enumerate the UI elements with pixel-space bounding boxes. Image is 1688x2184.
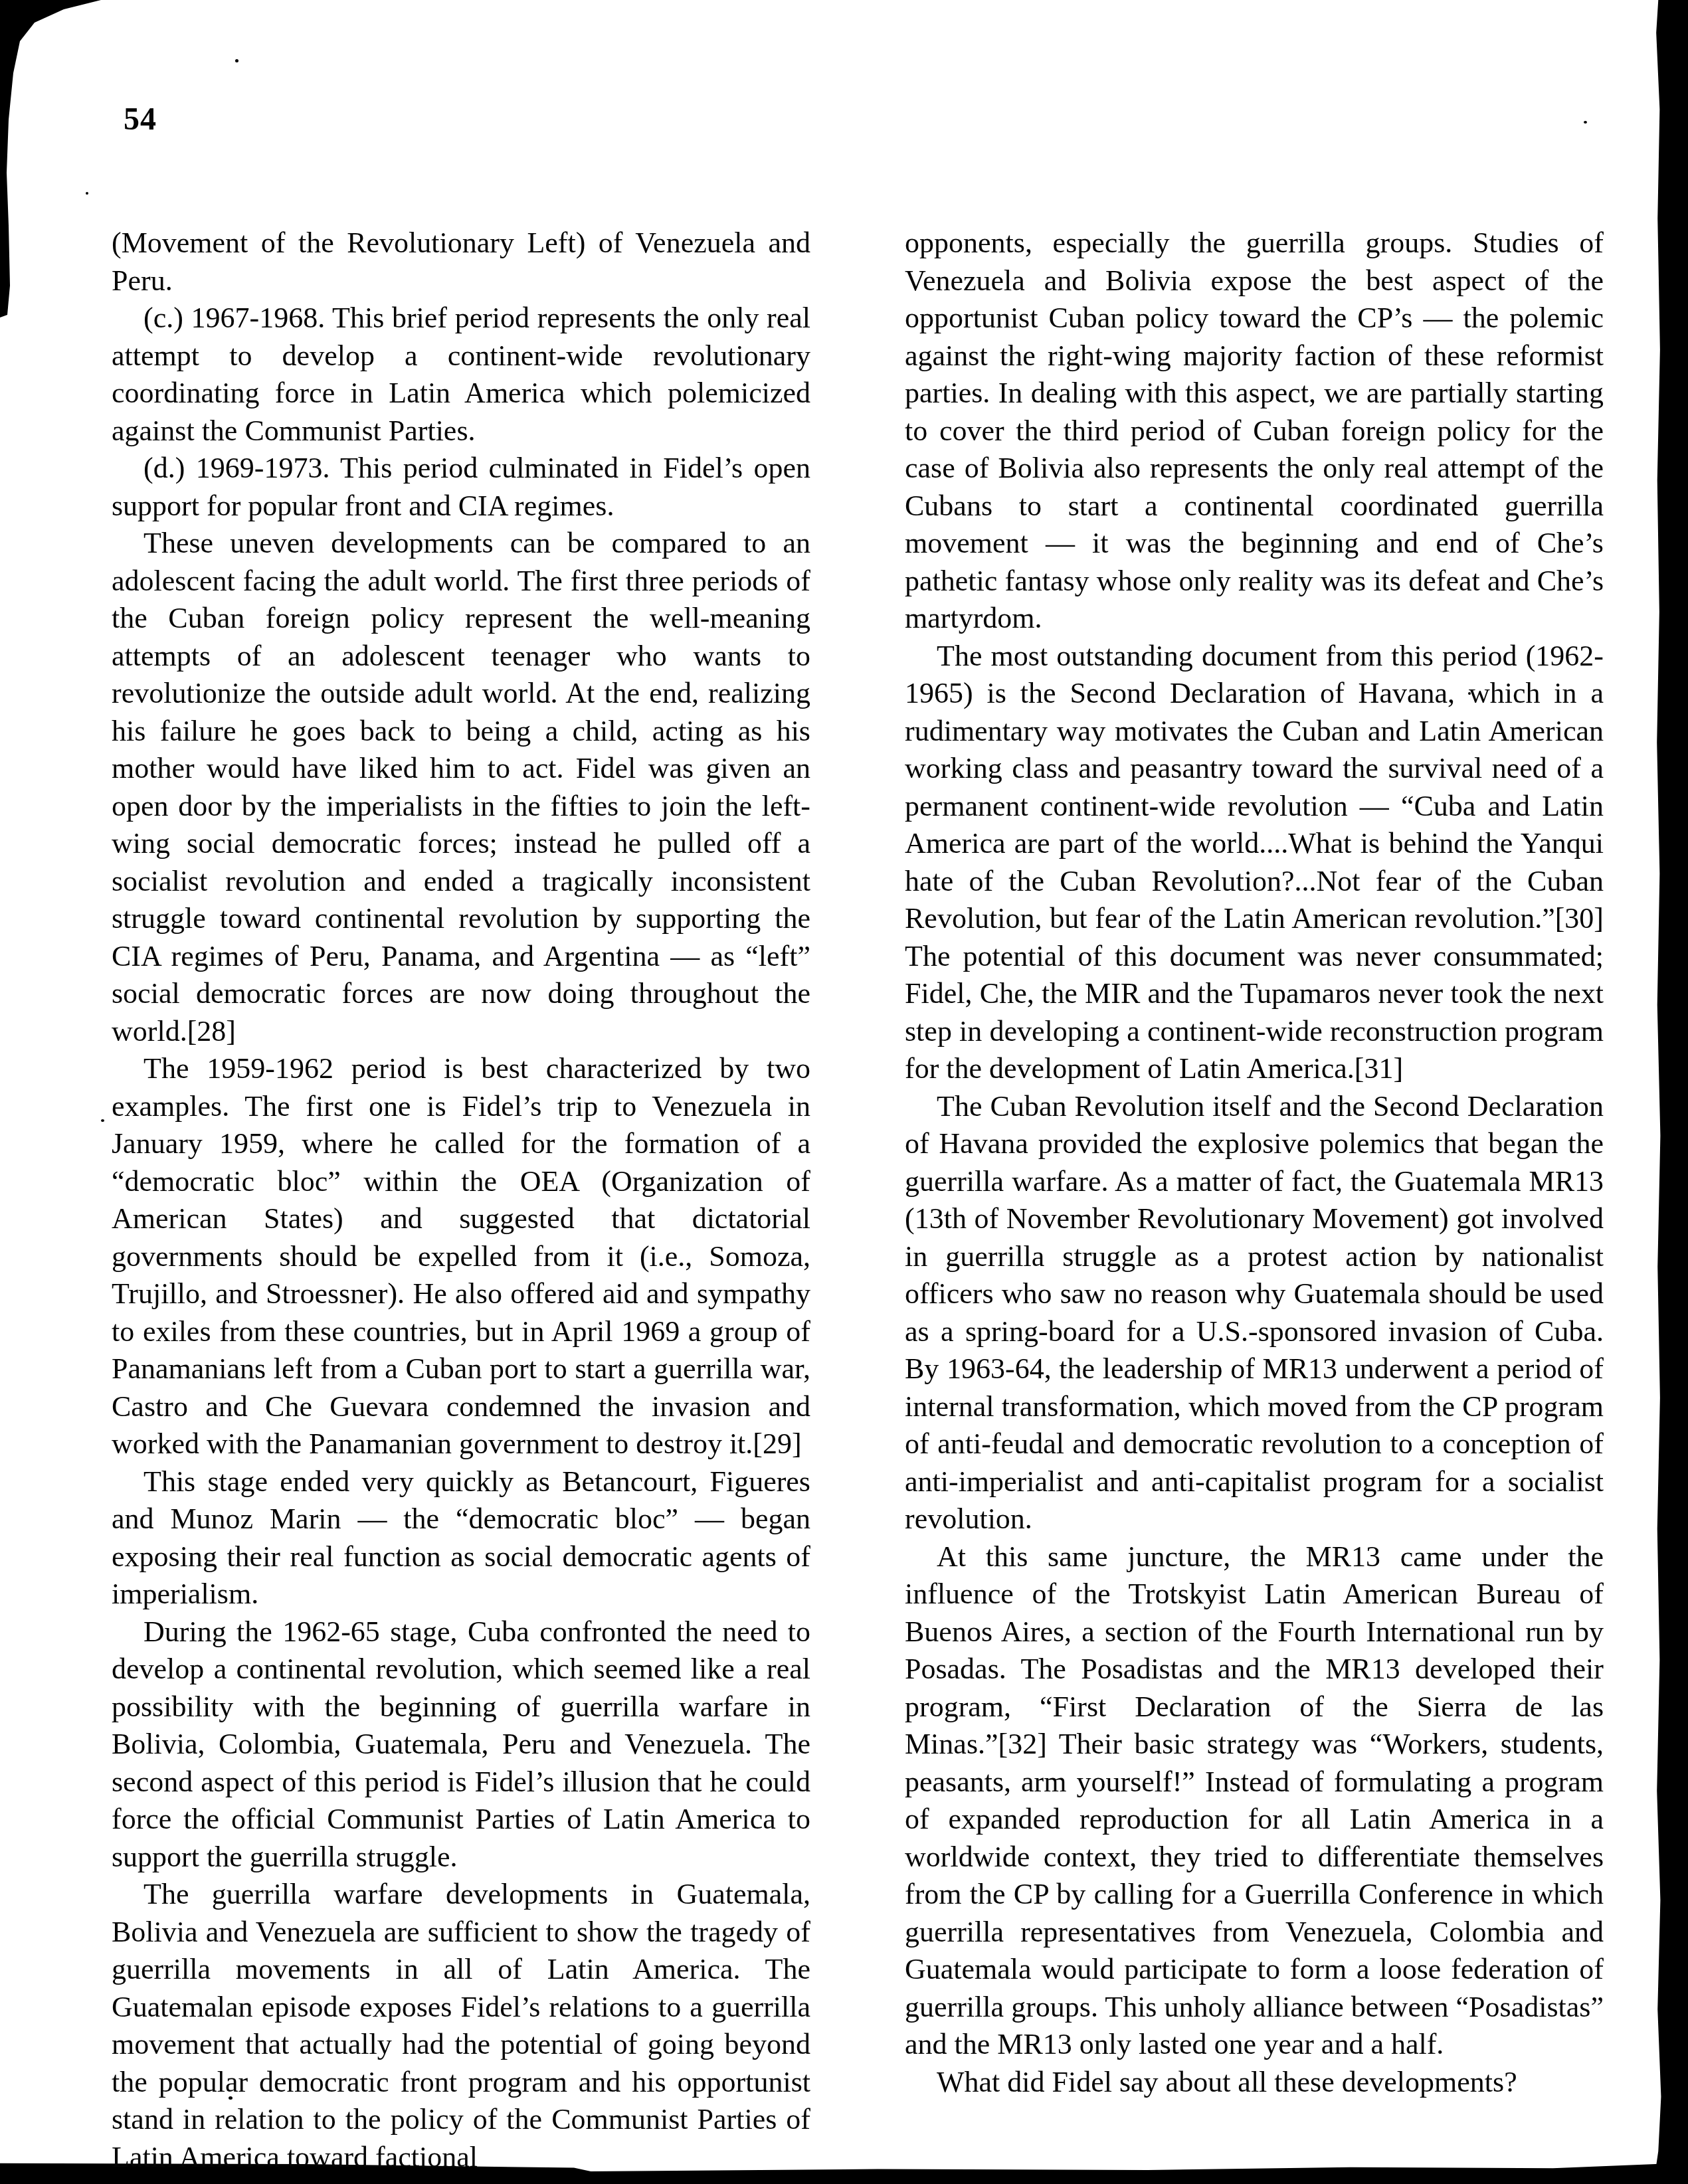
paragraph: The guerrilla warfare developments in Gu…: [112, 1876, 810, 2176]
scan-speck: [235, 59, 238, 62]
paragraph: The Cuban Revolution itself and the Seco…: [905, 1088, 1604, 1538]
scan-artifact-top-left-blob: [0, 0, 113, 319]
paragraph: opponents, especially the guerrilla grou…: [905, 225, 1604, 638]
paragraph: These uneven developments can be compare…: [112, 525, 810, 1050]
scanned-book-page: 54 (Movement of the Revolutionary Left) …: [0, 0, 1688, 2184]
paragraph: During the 1962-65 stage, Cuba confronte…: [112, 1613, 810, 1876]
scan-speck: [101, 1119, 104, 1122]
paragraph: (c.) 1967-1968. This brief period repres…: [112, 300, 810, 450]
scan-artifact-right-edge: [1653, 0, 1688, 2184]
paragraph: (d.) 1969-1973. This period culminated i…: [112, 450, 810, 525]
page-number: 54: [124, 101, 157, 137]
scan-speck: [86, 192, 88, 195]
text-column-right: opponents, especially the guerrilla grou…: [905, 225, 1604, 2101]
paragraph: This stage ended very quickly as Betanco…: [112, 1463, 810, 1613]
paragraph: The 1959-1962 period is best characteriz…: [112, 1050, 810, 1463]
paragraph: (Movement of the Revolutionary Left) of …: [112, 225, 810, 300]
text-column-left: (Movement of the Revolutionary Left) of …: [112, 225, 810, 2176]
scan-speck: [1584, 121, 1587, 124]
paragraph: What did Fidel say about all these devel…: [905, 2064, 1604, 2102]
paragraph: The most outstanding document from this …: [905, 638, 1604, 1088]
paragraph: At this same juncture, the MR13 came und…: [905, 1538, 1604, 2064]
